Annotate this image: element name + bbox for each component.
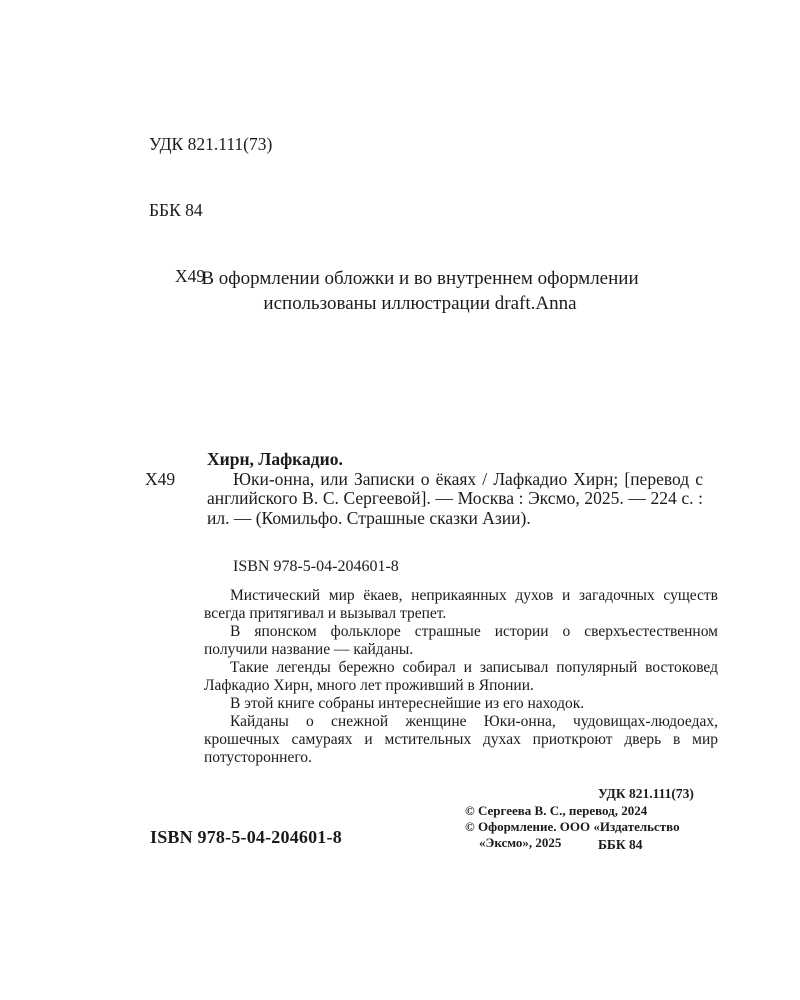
catalog-isbn: ISBN 978-5-04-204601-8: [233, 557, 399, 576]
design-credit-line-1: В оформлении обложки и во внутреннем офо…: [100, 266, 740, 291]
catalog-author-heading: Хирн, Лафкадио.: [207, 450, 703, 470]
bbk-code: ББК 84: [149, 199, 272, 221]
udk-code: УДК 821.111(73): [149, 133, 272, 155]
annotation-block: Мистический мир ёкаев, неприкаянных духо…: [204, 587, 718, 767]
design-credit-line-2: использованы иллюстрации draft.Anna: [100, 291, 740, 316]
annotation-paragraph: В этой книге собраны интереснейшие из ег…: [204, 695, 718, 713]
design-credit-note: В оформлении обложки и во внутреннем офо…: [100, 266, 740, 316]
copyright-block: © Сергеева В. С., перевод, 2024 © Оформл…: [465, 803, 713, 851]
annotation-udk-code: УДК 821.111(73): [598, 785, 694, 802]
annotation-paragraph: В японском фольклоре страшные истории о …: [204, 623, 718, 659]
copyright-design: © Оформление. ООО «Издательство «Эксмо»,…: [465, 819, 713, 851]
imprint-page: УДК 821.111(73) ББК 84 Х49 В оформлении …: [0, 0, 800, 1000]
copyright-translation: © Сергеева В. С., перевод, 2024: [465, 803, 713, 819]
catalog-author-sign: Х49: [145, 470, 175, 490]
annotation-paragraph: Такие легенды бережно собирал и записыва…: [204, 659, 718, 695]
catalog-description: Юки-онна, или Записки о ёкаях / Лафкадио…: [207, 470, 703, 529]
footer-isbn: ISBN 978-5-04-204601-8: [150, 827, 342, 848]
annotation-paragraph: Мистический мир ёкаев, неприкаянных духо…: [204, 587, 718, 623]
catalog-entry: Хирн, Лафкадио. Юки-онна, или Записки о …: [207, 450, 703, 528]
